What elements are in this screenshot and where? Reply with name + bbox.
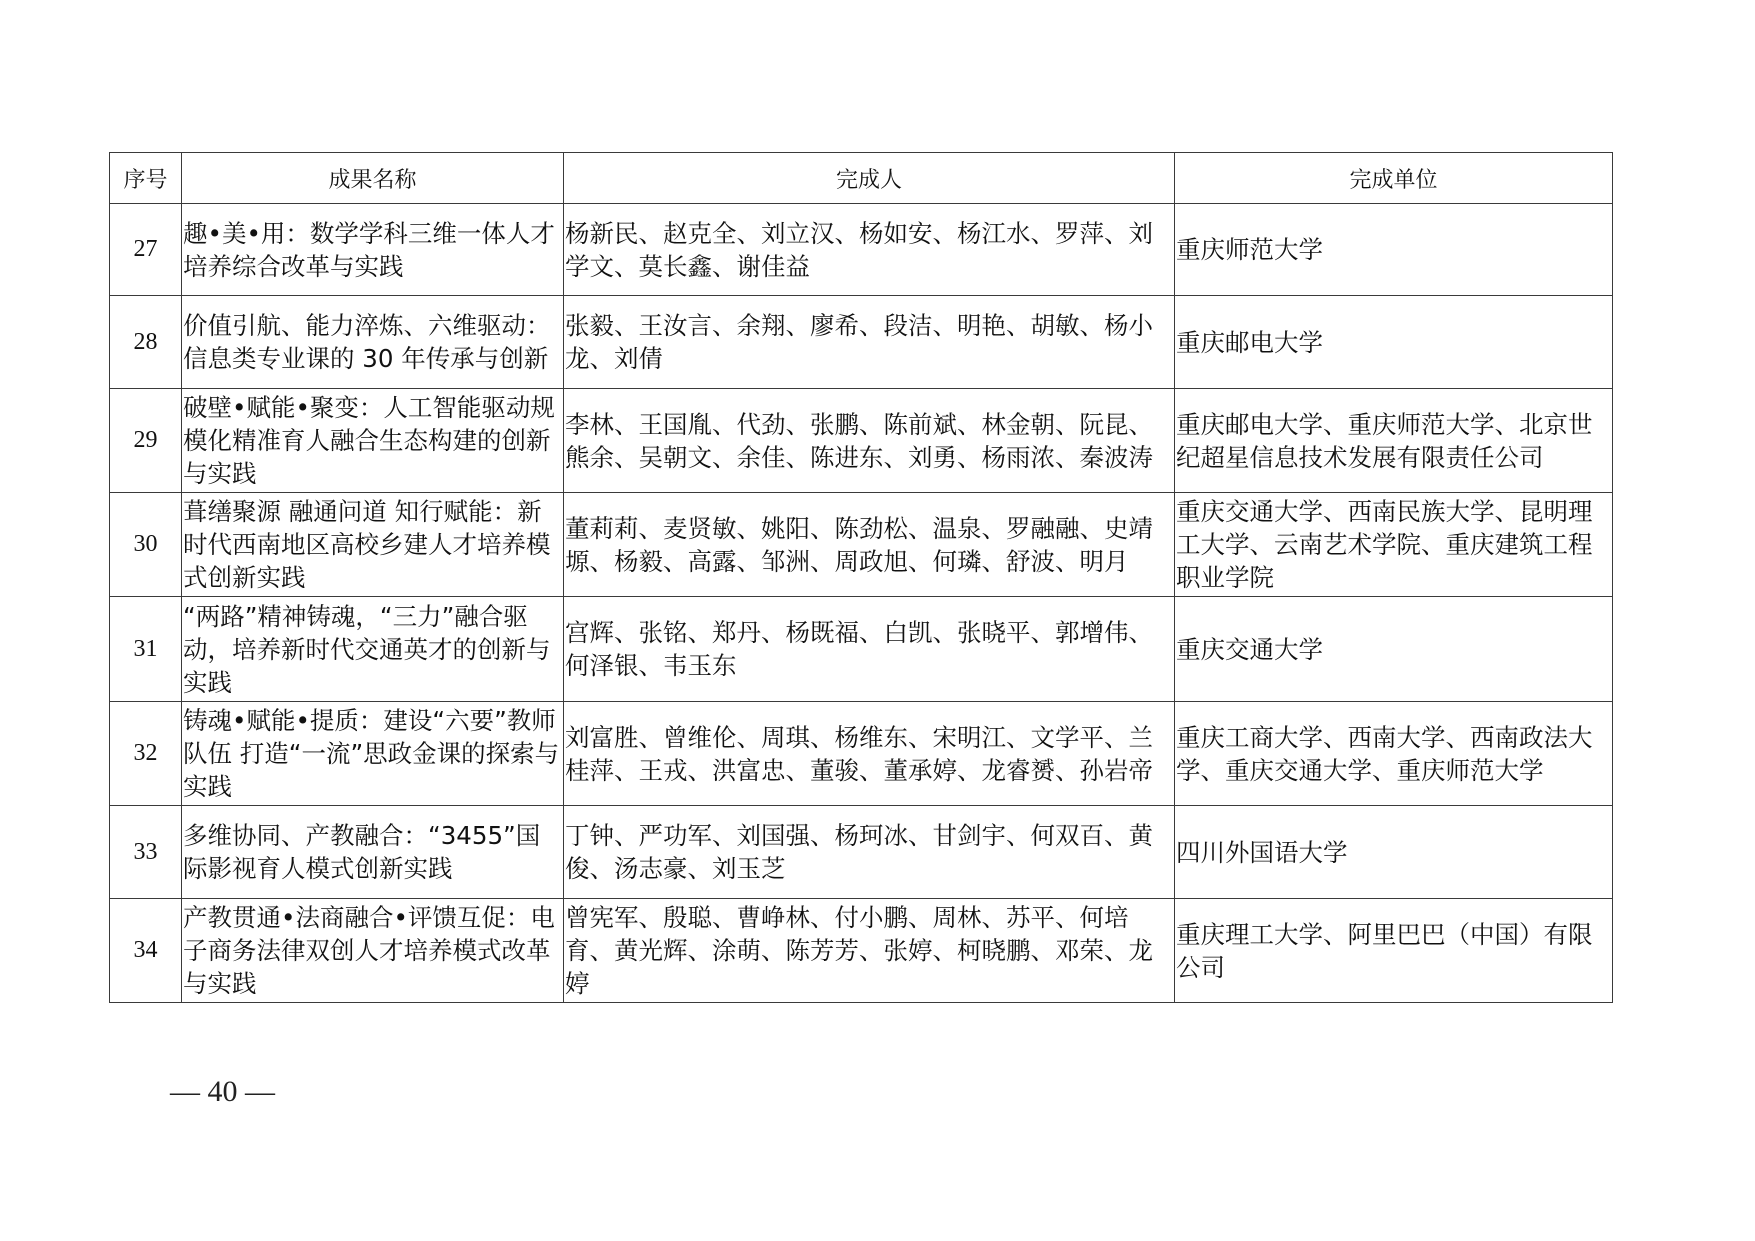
- row-title: 铸魂•赋能•提质：建设“六要”教师队伍 打造“一流”思政金课的探索与实践: [182, 702, 564, 806]
- row-title: 产教贯通•法商融合•评馈互促：电子商务法律双创人才培养模式改革与实践: [182, 899, 564, 1003]
- table-row: 33 多维协同、产教融合：“3455”国际影视育人模式创新实践 丁钟、严功军、刘…: [110, 806, 1613, 899]
- header-title: 成果名称: [182, 153, 564, 204]
- row-num: 31: [110, 597, 182, 702]
- row-title: 价值引航、能力淬炼、六维驱动：信息类专业课的 30 年传承与创新: [182, 296, 564, 389]
- row-people: 宫辉、张铭、郑丹、杨既福、白凯、张晓平、郭增伟、何泽银、韦玉东: [564, 597, 1175, 702]
- table-row: 30 葺缮聚源 融通问道 知行赋能：新时代西南地区高校乡建人才培养模式创新实践 …: [110, 493, 1613, 597]
- header-unit: 完成单位: [1175, 153, 1613, 204]
- row-unit: 重庆理工大学、阿里巴巴（中国）有限公司: [1175, 899, 1613, 1003]
- row-num: 34: [110, 899, 182, 1003]
- row-title: 破壁•赋能•聚变：人工智能驱动规模化精准育人融合生态构建的创新与实践: [182, 389, 564, 493]
- row-unit: 重庆邮电大学、重庆师范大学、北京世纪超星信息技术发展有限责任公司: [1175, 389, 1613, 493]
- row-people: 刘富胜、曾维伦、周琪、杨维东、宋明江、文学平、兰桂萍、王戎、洪富忠、董骏、董承婷…: [564, 702, 1175, 806]
- document-page: 序号 成果名称 完成人 完成单位 27 趣•美•用：数学学科三维一体人才培养综合…: [0, 0, 1755, 1241]
- row-title: 趣•美•用：数学学科三维一体人才培养综合改革与实践: [182, 204, 564, 296]
- table-row: 32 铸魂•赋能•提质：建设“六要”教师队伍 打造“一流”思政金课的探索与实践 …: [110, 702, 1613, 806]
- table-row: 31 “两路”精神铸魂，“三力”融合驱动，培养新时代交通英才的创新与实践 宫辉、…: [110, 597, 1613, 702]
- row-unit: 重庆交通大学、西南民族大学、昆明理工大学、云南艺术学院、重庆建筑工程职业学院: [1175, 493, 1613, 597]
- row-unit: 重庆邮电大学: [1175, 296, 1613, 389]
- row-num: 28: [110, 296, 182, 389]
- row-unit: 重庆师范大学: [1175, 204, 1613, 296]
- table-row: 29 破壁•赋能•聚变：人工智能驱动规模化精准育人融合生态构建的创新与实践 李林…: [110, 389, 1613, 493]
- row-title: 多维协同、产教融合：“3455”国际影视育人模式创新实践: [182, 806, 564, 899]
- table-row: 28 价值引航、能力淬炼、六维驱动：信息类专业课的 30 年传承与创新 张毅、王…: [110, 296, 1613, 389]
- row-num: 29: [110, 389, 182, 493]
- row-num: 27: [110, 204, 182, 296]
- row-title: 葺缮聚源 融通问道 知行赋能：新时代西南地区高校乡建人才培养模式创新实践: [182, 493, 564, 597]
- row-people: 李林、王国胤、代劲、张鹏、陈前斌、林金朝、阮昆、熊余、吴朝文、余佳、陈进东、刘勇…: [564, 389, 1175, 493]
- header-people: 完成人: [564, 153, 1175, 204]
- row-num: 32: [110, 702, 182, 806]
- row-unit: 重庆工商大学、西南大学、西南政法大学、重庆交通大学、重庆师范大学: [1175, 702, 1613, 806]
- row-unit: 重庆交通大学: [1175, 597, 1613, 702]
- page-number: — 40 —: [170, 1075, 275, 1109]
- row-people: 丁钟、严功军、刘国强、杨珂冰、甘剑宇、何双百、黄俊、汤志豪、刘玉芝: [564, 806, 1175, 899]
- row-num: 30: [110, 493, 182, 597]
- row-num: 33: [110, 806, 182, 899]
- achievements-table: 序号 成果名称 完成人 完成单位 27 趣•美•用：数学学科三维一体人才培养综合…: [109, 152, 1613, 1003]
- row-people: 董莉莉、麦贤敏、姚阳、陈劲松、温泉、罗融融、史靖塬、杨毅、高露、邹洲、周政旭、何…: [564, 493, 1175, 597]
- table-row: 27 趣•美•用：数学学科三维一体人才培养综合改革与实践 杨新民、赵克全、刘立汉…: [110, 204, 1613, 296]
- row-people: 曾宪军、殷聪、曹峥林、付小鹏、周林、苏平、何培育、黄光辉、涂萌、陈芳芳、张婷、柯…: [564, 899, 1175, 1003]
- row-title: “两路”精神铸魂，“三力”融合驱动，培养新时代交通英才的创新与实践: [182, 597, 564, 702]
- table-row: 34 产教贯通•法商融合•评馈互促：电子商务法律双创人才培养模式改革与实践 曾宪…: [110, 899, 1613, 1003]
- row-people: 张毅、王汝言、余翔、廖希、段洁、明艳、胡敏、杨小龙、刘倩: [564, 296, 1175, 389]
- header-num: 序号: [110, 153, 182, 204]
- row-unit: 四川外国语大学: [1175, 806, 1613, 899]
- row-people: 杨新民、赵克全、刘立汉、杨如安、杨江水、罗萍、刘学文、莫长鑫、谢佳益: [564, 204, 1175, 296]
- table-header-row: 序号 成果名称 完成人 完成单位: [110, 153, 1613, 204]
